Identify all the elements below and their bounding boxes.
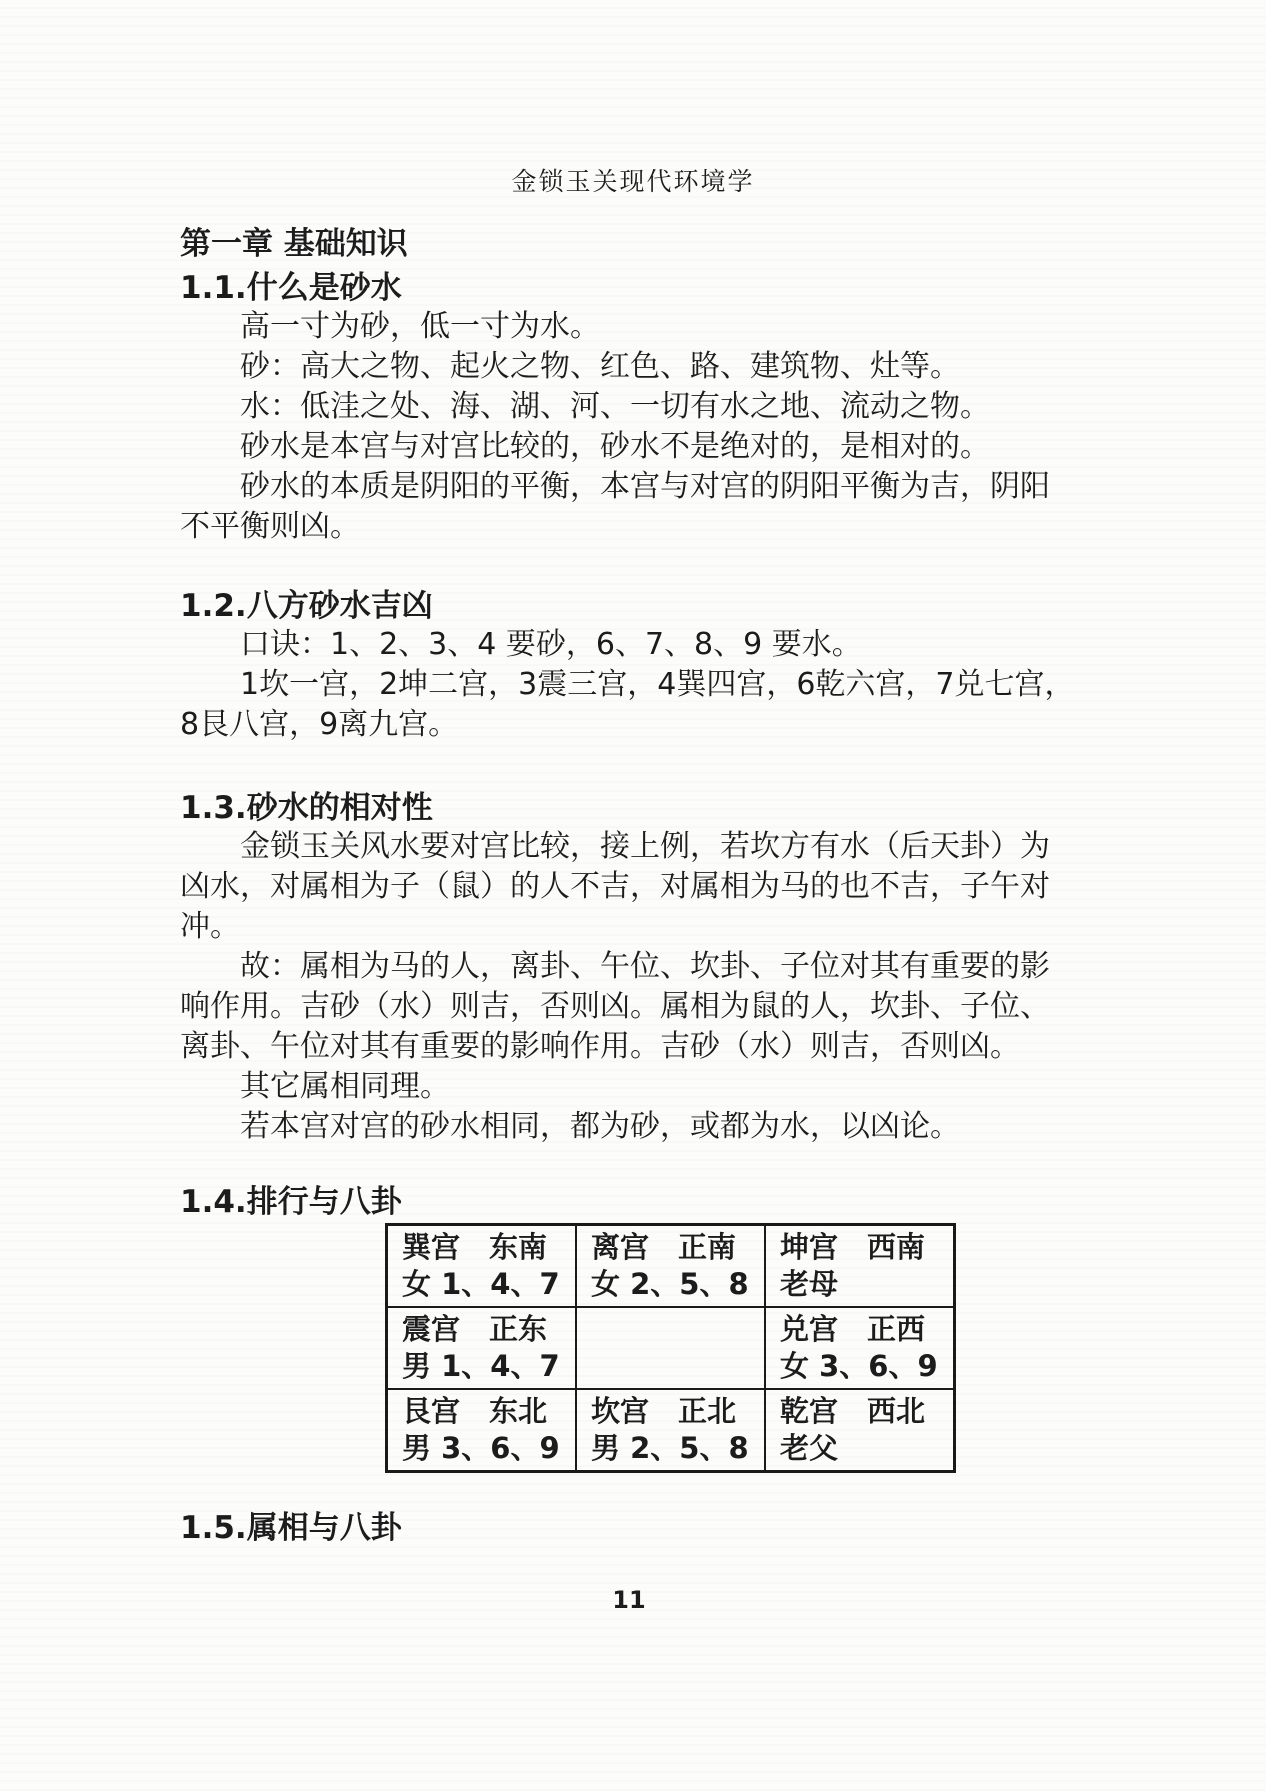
cell-line: 女 3、6、9: [780, 1348, 949, 1385]
cell-line: 巽宫 东南: [402, 1229, 571, 1266]
table-cell-qian: 乾宫 西北 老父: [765, 1389, 955, 1472]
cell-line: 女 1、4、7: [402, 1266, 571, 1303]
paragraph: 砂水是本宫与对宫比较的，砂水不是绝对的，是相对的。: [180, 427, 1078, 467]
paragraph: 其它属相同理。: [180, 1067, 1078, 1107]
cell-line: 坎宫 正北: [591, 1393, 760, 1430]
page-content: 第一章 基础知识 1.1.什么是砂水 高一寸为砂，低一寸为水。 砂：高大之物、起…: [0, 225, 1266, 1615]
cell-line: 坤宫 西南: [780, 1229, 949, 1266]
table-cell-zhen: 震宫 正东 男 1、4、7: [387, 1307, 577, 1389]
paragraph: 砂：高大之物、起火之物、红色、路、建筑物、灶等。: [180, 347, 1078, 387]
table-row: 震宫 正东 男 1、4、7 兑宫 正西 女 3、6、9: [387, 1307, 955, 1389]
cell-line: 乾宫 西北: [780, 1393, 949, 1430]
cell-line: 艮宫 东北: [402, 1393, 571, 1430]
section-heading-1-4: 1.4.排行与八卦: [180, 1183, 1078, 1221]
cell-line: 女 2、5、8: [591, 1266, 760, 1303]
table-cell-dui: 兑宫 正西 女 3、6、9: [765, 1307, 955, 1389]
chapter-heading: 第一章 基础知识: [180, 225, 1078, 263]
paragraph: 水：低洼之处、海、湖、河、一切有水之地、流动之物。: [180, 387, 1078, 427]
cell-line: 离宫 正南: [591, 1229, 760, 1266]
table-cell-kan: 坎宫 正北 男 2、5、8: [576, 1389, 765, 1472]
table-cell-gen: 艮宫 东北 男 3、6、9: [387, 1389, 577, 1472]
cell-line: 男 1、4、7: [402, 1348, 571, 1385]
section-heading-1-3: 1.3.砂水的相对性: [180, 789, 1078, 827]
section-heading-1-5: 1.5.属相与八卦: [180, 1509, 1078, 1547]
section-heading-1-2: 1.2.八方砂水吉凶: [180, 587, 1078, 625]
paragraph: 故：属相为马的人，离卦、午位、坎卦、子位对其有重要的影响作用。吉砂（水）则吉，否…: [180, 947, 1078, 1067]
cell-line: 老父: [780, 1430, 949, 1467]
table-cell-li: 离宫 正南 女 2、5、8: [576, 1225, 765, 1308]
paragraph: 金锁玉关风水要对宫比较，接上例，若坎方有水（后天卦）为凶水，对属相为子（鼠）的人…: [180, 827, 1078, 947]
paragraph: 砂水的本质是阴阳的平衡，本宫与对宫的阴阳平衡为吉，阴阳不平衡则凶。: [180, 467, 1078, 547]
paragraph: 口诀：1、2、3、4 要砂，6、7、8、9 要水。: [180, 625, 1078, 665]
paragraph: 1坎一宫，2坤二宫，3震三宫，4巽四宫，6乾六宫，7兑七宫，8艮八宫，9离九宫。: [180, 665, 1078, 745]
cell-line: 老母: [780, 1266, 949, 1303]
cell-line: 男 3、6、9: [402, 1430, 571, 1467]
cell-line: 兑宫 正西: [780, 1311, 949, 1348]
cell-line: 震宫 正东: [402, 1311, 571, 1348]
table-row: 艮宫 东北 男 3、6、9 坎宫 正北 男 2、5、8 乾宫 西北 老父: [387, 1389, 955, 1472]
document-page: 金锁玉关现代环境学 第一章 基础知识 1.1.什么是砂水 高一寸为砂，低一寸为水…: [0, 0, 1266, 1791]
table-row: 巽宫 东南 女 1、4、7 离宫 正南 女 2、5、8 坤宫 西南 老母: [387, 1225, 955, 1308]
bagua-table: 巽宫 东南 女 1、4、7 离宫 正南 女 2、5、8 坤宫 西南 老母 震宫 …: [385, 1223, 956, 1473]
section-heading-1-1: 1.1.什么是砂水: [180, 269, 1078, 307]
table-cell-kun: 坤宫 西南 老母: [765, 1225, 955, 1308]
paragraph: 高一寸为砂，低一寸为水。: [180, 307, 1078, 347]
cell-line: 男 2、5、8: [591, 1430, 760, 1467]
doc-header: 金锁玉关现代环境学: [0, 0, 1266, 199]
table-cell-xun: 巽宫 东南 女 1、4、7: [387, 1225, 577, 1308]
table-cell-center-empty: [576, 1307, 765, 1389]
doc-title: 金锁玉关现代环境学: [511, 167, 754, 196]
paragraph: 若本宫对宫的砂水相同，都为砂，或都为水，以凶论。: [180, 1107, 1078, 1147]
page-number: 11: [180, 1585, 1078, 1615]
